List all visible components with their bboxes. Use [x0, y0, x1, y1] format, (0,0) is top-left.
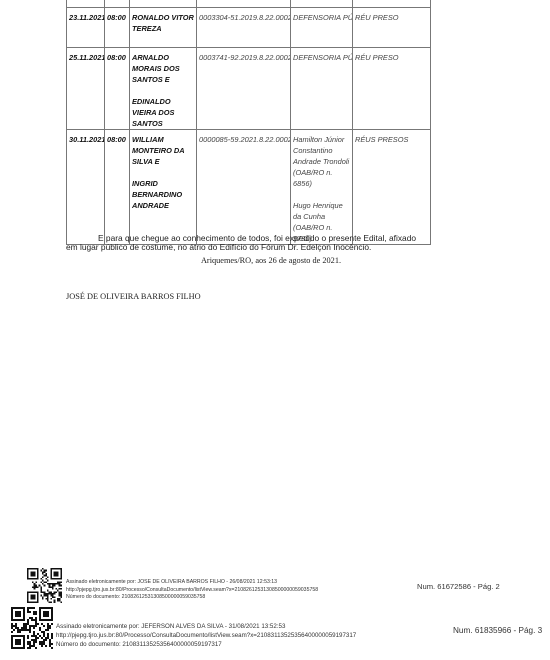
signed-by: Assinado eletronicamente por: JEFERSON A…	[56, 622, 356, 631]
verification-url[interactable]: http://pjepg.tjro.jus.br:80/Processo/Con…	[66, 587, 318, 595]
hearing-time: 08:00	[105, 8, 130, 48]
lawyer: Hamilton Júnior Constantino Andrade Tron…	[293, 134, 351, 189]
defendant-status: RÉUS PRESOS	[353, 130, 431, 245]
defendant-name: ARNALDO MORAIS DOS SANTOS E	[132, 52, 195, 85]
document-number: Número do documento: 2108261253130850000…	[66, 594, 318, 602]
closing-paragraph: E para que chegue ao conhecimento de tod…	[66, 234, 430, 251]
defendants: ARNALDO MORAIS DOS SANTOS E EDINALDO VIE…	[130, 48, 197, 130]
hearing-time: 08:00	[105, 130, 130, 245]
verification-url[interactable]: http://pjepg.tjro.jus.br:80/Processo/Con…	[56, 631, 356, 640]
defendant-name: EDINALDO VIEIRA DOS SANTOS	[132, 96, 195, 129]
process-number: 0003741-92.2019.8.22.0002	[197, 48, 291, 130]
process-number: 0000085-59.2021.8.22.0002	[197, 130, 291, 245]
signature-info: Assinado eletronicamente por: JOSE DE OL…	[66, 579, 318, 602]
table-row: 25.11.2021 08:00 ARNALDO MORAIS DOS SANT…	[67, 48, 431, 130]
defendant-status: RÉU PRESO	[353, 48, 431, 130]
table-row-partial	[67, 0, 431, 8]
hearing-time: 08:00	[105, 48, 130, 130]
defense: DEFENSORIA PÚBLICA	[291, 48, 353, 130]
page-number: Num. 61835966 - Pág. 3	[453, 626, 542, 635]
hearing-date: 25.11.2021	[67, 48, 105, 130]
table-row: 30.11.2021 08:00 WILLIAM MONTEIRO DA SIL…	[67, 130, 431, 245]
document-number: Número do documento: 2108311352535640000…	[56, 640, 356, 649]
process-number: 0003304-51.2019.8.22.0002	[197, 8, 291, 48]
qr-code-icon	[11, 607, 53, 649]
hearing-schedule-table: 23.11.2021 08:00 RONALDO VITOR TEREZA 00…	[66, 0, 431, 245]
page-number: Num. 61672586 - Pág. 2	[417, 582, 500, 591]
hearing-date: 30.11.2021	[67, 130, 105, 245]
hearing-date: 23.11.2021	[67, 8, 105, 48]
defendants: WILLIAM MONTEIRO DA SILVA E INGRID BERNA…	[130, 130, 197, 245]
defense: Hamilton Júnior Constantino Andrade Tron…	[291, 130, 353, 245]
signer-name: JOSÉ DE OLIVEIRA BARROS FILHO	[66, 292, 201, 301]
table-row: 23.11.2021 08:00 RONALDO VITOR TEREZA 00…	[67, 8, 431, 48]
defendant-status: RÉU PRESO	[353, 8, 431, 48]
signed-by: Assinado eletronicamente por: JOSE DE OL…	[66, 579, 318, 587]
defendant-name: WILLIAM MONTEIRO DA SILVA E	[132, 134, 195, 167]
place-and-date: Ariquemes/RO, aos 26 de agosto de 2021.	[0, 256, 550, 265]
defendants: RONALDO VITOR TEREZA	[130, 8, 197, 48]
defense: DEFENSORIA PÚBLICA	[291, 8, 353, 48]
defendant-name: INGRID BERNARDINO ANDRADE	[132, 178, 195, 211]
signature-info: Assinado eletronicamente por: JEFERSON A…	[56, 622, 356, 649]
qr-code-icon	[27, 568, 62, 603]
